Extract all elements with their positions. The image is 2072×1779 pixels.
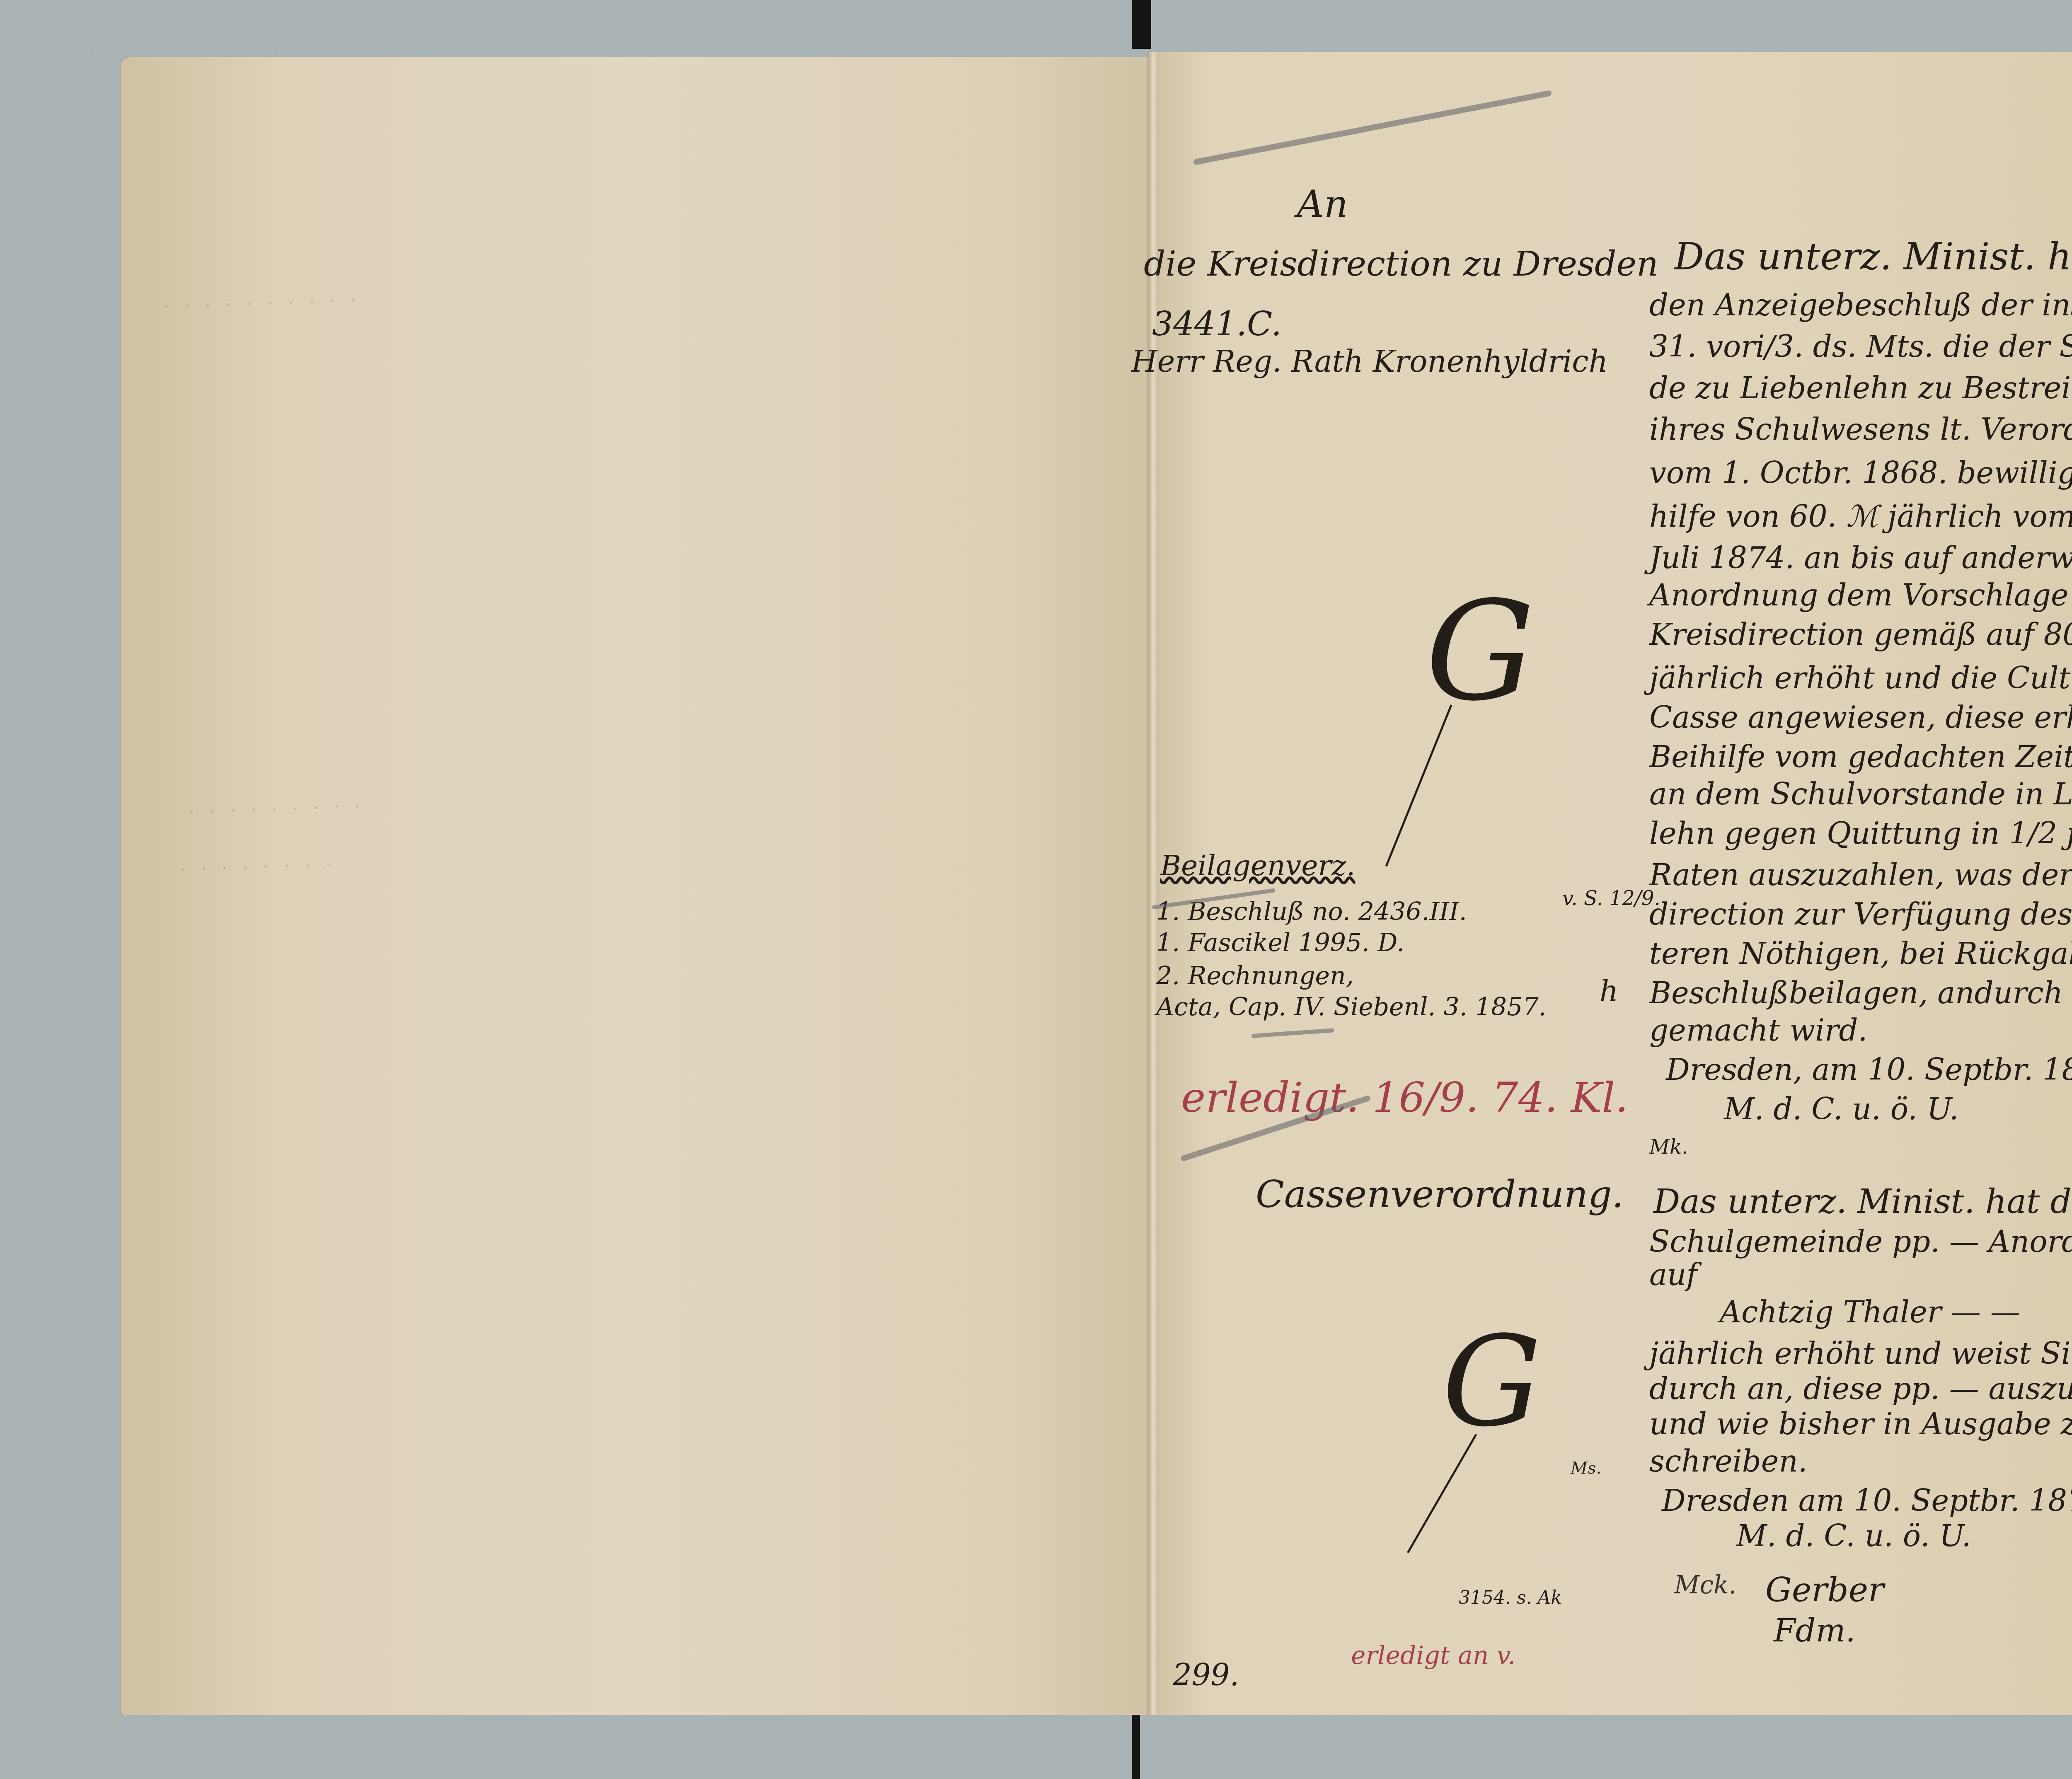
letter-line: durch an, diese pp. — auszuzahlen — [1649, 1374, 2072, 1404]
letter-line: Kreisdirection gemäß auf 80. ℳ — [1649, 620, 2072, 649]
letter-line: direction zur Verfügung des wei- — [1649, 899, 2072, 929]
initial-mark-g: G — [1442, 1309, 1542, 1454]
bleed-through-text: · · · · · · · · · · — [162, 286, 361, 322]
letter-line: und wie bisher in Ausgabe zu ver- — [1649, 1409, 2072, 1439]
letter-line: Juli 1874. an bis auf anderweite — [1649, 543, 2072, 573]
letter-line: schreiben. — [1649, 1446, 1808, 1476]
beilagen-item: 1. Fascikel 1995. D. — [1156, 928, 1404, 957]
letter-line: Raten auszuzahlen, was der Kreis- — [1649, 860, 2072, 890]
letter-line: jährlich erhöht und weist Sie hier- — [1649, 1338, 2072, 1368]
signature-2: Fdm. — [1774, 1612, 1856, 1649]
bottom-red-note: erledigt an v. — [1351, 1641, 1515, 1670]
binding-strip-bottom — [1132, 1711, 1140, 1779]
initials: Mk. — [1649, 1135, 1688, 1159]
letter-line: Anordnung dem Vorschlage der — [1649, 580, 2072, 610]
bleed-through-text: · · · · · · · · — [179, 850, 335, 884]
amount-line: Achtzig Thaler — — — [1720, 1297, 2020, 1327]
letter-line: Das unterz. Minist. hat die der — [1653, 1185, 2072, 1218]
letter-line: 31. vori/3. ds. Mts. die der Schulgemein… — [1649, 332, 2072, 361]
place-date: Dresden am 10. Septbr. 1874. — [1662, 1486, 2072, 1515]
salutation: An — [1297, 182, 1348, 226]
beilagen-title: Beilagenverz. — [1160, 850, 1355, 882]
page-gutter-stitching — [1148, 52, 1159, 1715]
place-date: Dresden, am 10. Septbr. 1874. — [1666, 1055, 2072, 1084]
letter-line: Das unterz. Minist. hat auf — [1674, 238, 2072, 276]
beilagen-item: 2. Rechnungen, — [1156, 961, 1354, 990]
page-number-bottom: 299. — [1173, 1658, 1239, 1692]
bottom-reference: 3154. s. Ak — [1459, 1587, 1562, 1608]
letter-line: den Anzeigebeschluß der ins. vom — [1649, 290, 2072, 320]
letter-line: Beihilfe vom gedachten Zeitpunkte — [1649, 742, 2072, 772]
letter-line: auf — [1649, 1260, 1697, 1290]
red-erledigt-note: erledigt. 16/9. 74. Kl. — [1181, 1073, 1628, 1122]
letter-line: Schulgemeinde pp. — Anordnung — [1649, 1227, 2072, 1256]
reference-number: 3441.C. — [1152, 305, 1282, 343]
office-abbreviation: M. d. C. u. ö. U. — [1736, 1521, 1971, 1551]
office-abbreviation: M. d. C. u. ö. U. — [1724, 1094, 1959, 1124]
side-initial: h — [1600, 974, 1618, 1008]
initials-ms: Ms. — [1571, 1459, 1601, 1478]
letter-line: Casse angewiesen, diese erhöhte — [1649, 702, 2072, 732]
letter-line: jährlich erhöht und die Cult. Minist. — [1649, 663, 2072, 693]
initial-mark-g: G — [1426, 572, 1535, 731]
signature: Gerber — [1765, 1571, 1884, 1609]
letter-line: ihres Schulwesens lt. Verordnung — [1649, 414, 2072, 444]
letter-line: an dem Schulvorstande in Lieben- — [1649, 779, 2072, 809]
bleed-through-text: · · · · · · · · · — [187, 792, 364, 827]
referent: Herr Reg. Rath Kronenhyldrich — [1131, 344, 1608, 379]
letter-line: lehn gegen Quittung in 1/2 jährl. — [1649, 818, 2072, 848]
left-page: · · · · · · · · · · · · · · · · · · · · … — [121, 57, 1157, 1715]
letter-line: de zu Liebenlehn zu Bestreitung — [1649, 373, 2072, 403]
initials-left: Mck. — [1674, 1571, 1736, 1600]
beilagen-item: Acta, Cap. IV. Siebenl. 3. 1857. — [1156, 992, 1547, 1021]
letter-line: gemacht wird. — [1649, 1015, 1867, 1045]
binding-strip-top — [1132, 0, 1151, 49]
kassen-label: Cassenverordnung. — [1256, 1173, 1624, 1216]
letter-line: teren Nöthigen, bei Rückgabe der — [1649, 939, 2072, 968]
side-note-date: v. S. 12/9. — [1562, 887, 1661, 910]
addressee: die Kreisdirection zu Dresden — [1144, 244, 1658, 284]
letter-line: Beschlußbeilagen, andurch bekannt — [1649, 978, 2072, 1008]
letter-line: hilfe von 60. ℳ jährlich vom 1. — [1649, 501, 2072, 531]
letter-line: vom 1. Octbr. 1868. bewilligte Bei- — [1649, 458, 2072, 488]
